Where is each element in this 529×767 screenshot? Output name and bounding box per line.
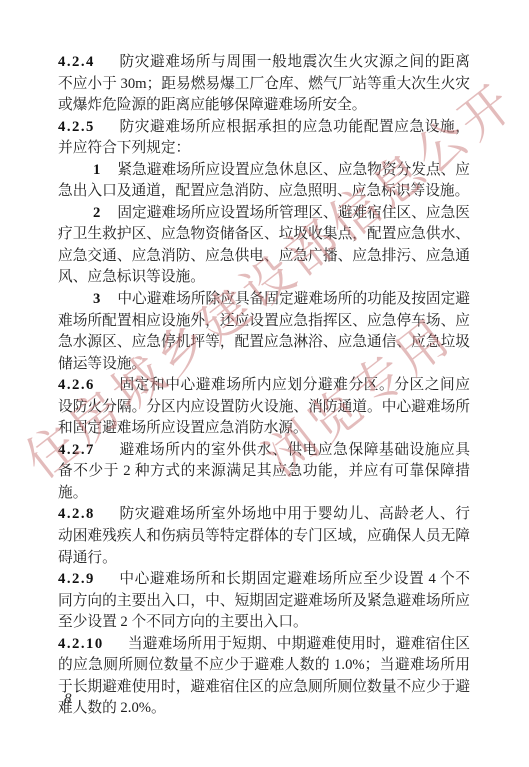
- clause-text: 防灾避难场所应根据承担的应急功能配置应急设施，并应符合下列规定：: [58, 119, 470, 157]
- clause-text: 中心避难场所和长期固定避难场所应至少设置 4 个不同方向的主要出入口，中、短期固…: [58, 571, 470, 630]
- clause-text: 防灾避难场所室外场地中用于婴幼儿、高龄老人、行动困难残疾人和伤病员等特定群体的专…: [58, 506, 470, 565]
- clause-number: 2: [93, 205, 100, 221]
- clause-number: 4.2.4: [58, 54, 95, 70]
- clause-number: 1: [93, 162, 100, 178]
- clause-number: 4.2.8: [58, 506, 95, 522]
- clause-number: 4.2.9: [58, 571, 95, 587]
- clause-number: 4.2.7: [58, 442, 95, 458]
- clause-item-paragraph: 1紧急避难场所应设置应急休息区、应急物资分发点、应急出入口及通道，配置应急消防、…: [58, 160, 470, 203]
- clause-item-paragraph: 3中心避难场所除应具备固定避难场所的功能及按固定避难场所配置相应设施外，还应设置…: [58, 289, 470, 375]
- clause-section-paragraph: 4.2.5防灾避难场所应根据承担的应急功能配置应急设施，并应符合下列规定：: [58, 117, 470, 160]
- clause-text: 避难场所内的室外供水、供电应急保障基础设施应具备不少于 2 种方式的来源满足其应…: [58, 442, 470, 501]
- document-content: 4.2.4防灾避难场所与周围一般地震次生火灾源之间的距离不应小于 30m；距易燃…: [58, 52, 470, 720]
- clause-section-paragraph: 4.2.6固定和中心避难场所内应划分避难分区。分区之间应设防火分隔。分区内应设置…: [58, 375, 470, 440]
- clause-number: 4.2.5: [58, 119, 95, 135]
- page-number: 8: [64, 691, 72, 708]
- clause-text: 紧急避难场所应设置应急休息区、应急物资分发点、应急出入口及通道，配置应急消防、应…: [58, 162, 470, 200]
- clause-section-paragraph: 4.2.7避难场所内的室外供水、供电应急保障基础设施应具备不少于 2 种方式的来…: [58, 440, 470, 505]
- clause-section-paragraph: 4.2.10当避难场所用于短期、中期避难使用时，避难宿住区的应急厕所厕位数量不应…: [58, 634, 470, 720]
- clause-number: 4.2.10: [58, 636, 104, 652]
- clause-number: 3: [93, 291, 100, 307]
- clause-number: 4.2.6: [58, 377, 95, 393]
- clause-text: 当避难场所用于短期、中期避难使用时，避难宿住区的应急厕所厕位数量不应少于避难人数…: [58, 636, 470, 717]
- clause-section-paragraph: 4.2.8防灾避难场所室外场地中用于婴幼儿、高龄老人、行动困难残疾人和伤病员等特…: [58, 504, 470, 569]
- clause-text: 中心避难场所除应具备固定避难场所的功能及按固定避难场所配置相应设施外，还应设置应…: [58, 291, 470, 372]
- document-page: 4.2.4防灾避难场所与周围一般地震次生火灾源之间的距离不应小于 30m；距易燃…: [0, 0, 529, 767]
- clause-section-paragraph: 4.2.9中心避难场所和长期固定避难场所应至少设置 4 个不同方向的主要出入口，…: [58, 569, 470, 634]
- clause-text: 固定和中心避难场所内应划分避难分区。分区之间应设防火分隔。分区内应设置防火设施、…: [58, 377, 470, 436]
- clause-text: 固定避难场所应设置场所管理区、避难宿住区、应急医疗卫生救护区、应急物资储备区、垃…: [58, 205, 470, 286]
- clause-text: 防灾避难场所与周围一般地震次生火灾源之间的距离不应小于 30m；距易燃易爆工厂仓…: [58, 54, 470, 113]
- clause-section-paragraph: 4.2.4防灾避难场所与周围一般地震次生火灾源之间的距离不应小于 30m；距易燃…: [58, 52, 470, 117]
- clause-item-paragraph: 2固定避难场所应设置场所管理区、避难宿住区、应急医疗卫生救护区、应急物资储备区、…: [58, 203, 470, 289]
